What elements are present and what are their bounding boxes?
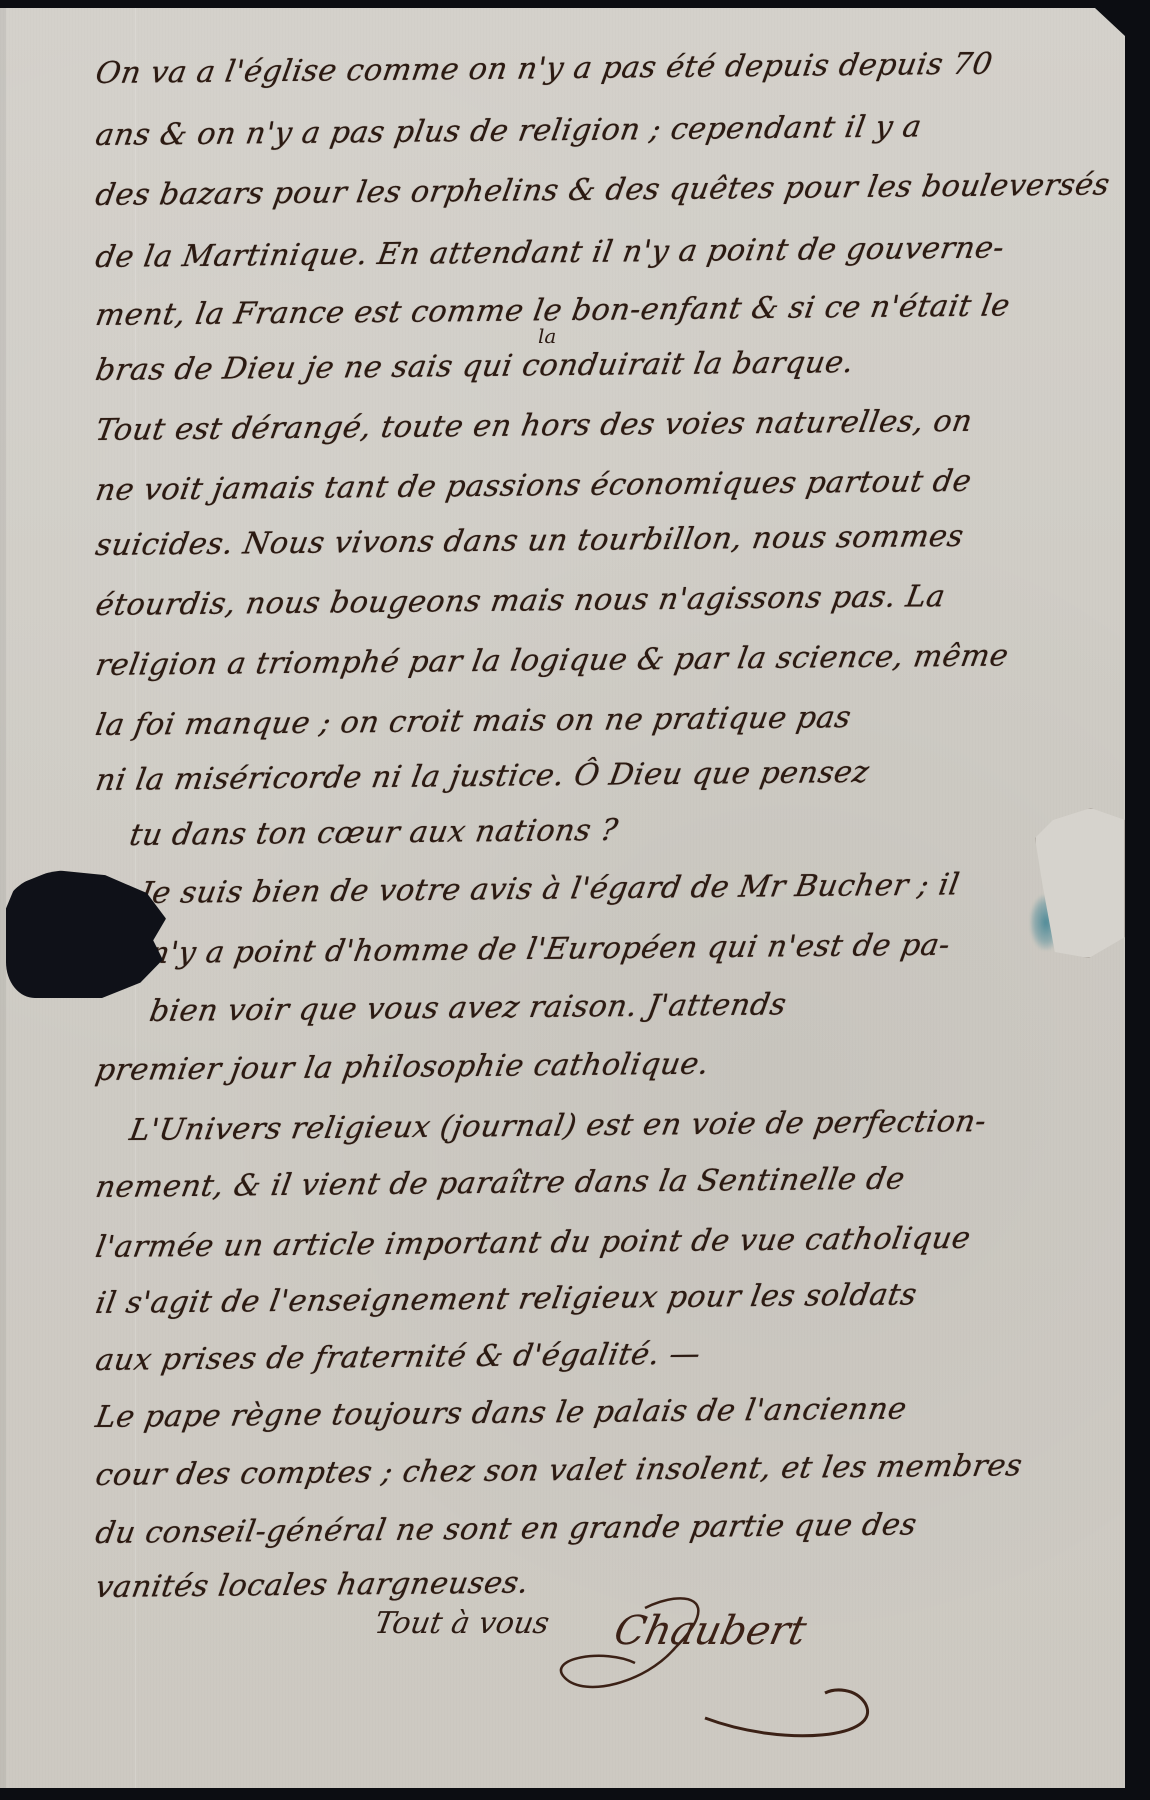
handwritten-line: n'y a point d'homme de l'Européen qui n'… [147, 928, 953, 971]
handwritten-line: bien voir que vous avez raison. J'attend… [147, 987, 789, 1029]
letter-sheet: On va a l'église comme on n'y a pas été … [0, 8, 1125, 1788]
handwritten-line: suicides. Nous vivons dans un tourbillon… [93, 519, 966, 563]
handwritten-line: On va a l'église comme on n'y a pas été … [93, 47, 995, 91]
handwritten-line: ne voit jamais tant de passions économiq… [93, 464, 974, 508]
signature-block: Tout à vous Chaubert [375, 1588, 995, 1738]
handwritten-line: L'Univers religieux (journal) est en voi… [127, 1104, 989, 1148]
handwritten-line: du conseil-général ne sont en grande par… [93, 1507, 919, 1551]
handwritten-line: premier jour la philosophie catholique. [93, 1047, 712, 1088]
handwritten-line: ni la miséricorde ni la justice. Ô Dieu … [93, 755, 872, 798]
handwritten-line: des bazars pour les orphelins & des quêt… [93, 167, 1112, 213]
handwritten-line: ans & on n'y a pas plus de religion ; ce… [93, 109, 924, 153]
handwritten-body: On va a l'église comme on n'y a pas été … [0, 8, 1125, 1788]
handwritten-line: religion a triomphé par la logique & par… [93, 638, 1011, 683]
handwritten-line: il s'agit de l'enseignement religieux po… [93, 1277, 919, 1321]
handwritten-line: cour des comptes ; chez son valet insole… [93, 1448, 1025, 1493]
handwritten-line: la foi manque ; on croit mais on ne prat… [93, 700, 854, 743]
handwritten-line: aux prises de fraternité & d'égalité. — [93, 1337, 703, 1378]
handwritten-line: bras de Dieu je ne sais qui conduirait l… [93, 345, 856, 388]
handwritten-line: nement, & il vient de paraître dans la S… [93, 1162, 907, 1205]
handwritten-line: Tout est dérangé, toute en hors des voie… [93, 404, 975, 448]
handwritten-line: tu dans ton cœur aux nations ? [127, 813, 620, 853]
interlinear-insertion: la [538, 324, 556, 348]
signature: Chaubert [610, 1608, 810, 1654]
handwritten-line: Je suis bien de votre avis à l'égard de … [137, 867, 962, 911]
handwritten-line: l'armée un article important du point de… [93, 1221, 973, 1265]
handwritten-line: de la Martinique. En attendant il n'y a … [93, 231, 1007, 275]
handwritten-line: Le pape règne toujours dans le palais de… [93, 1392, 909, 1435]
handwritten-line: étourdis, nous bougeons mais nous n'agis… [93, 579, 948, 623]
